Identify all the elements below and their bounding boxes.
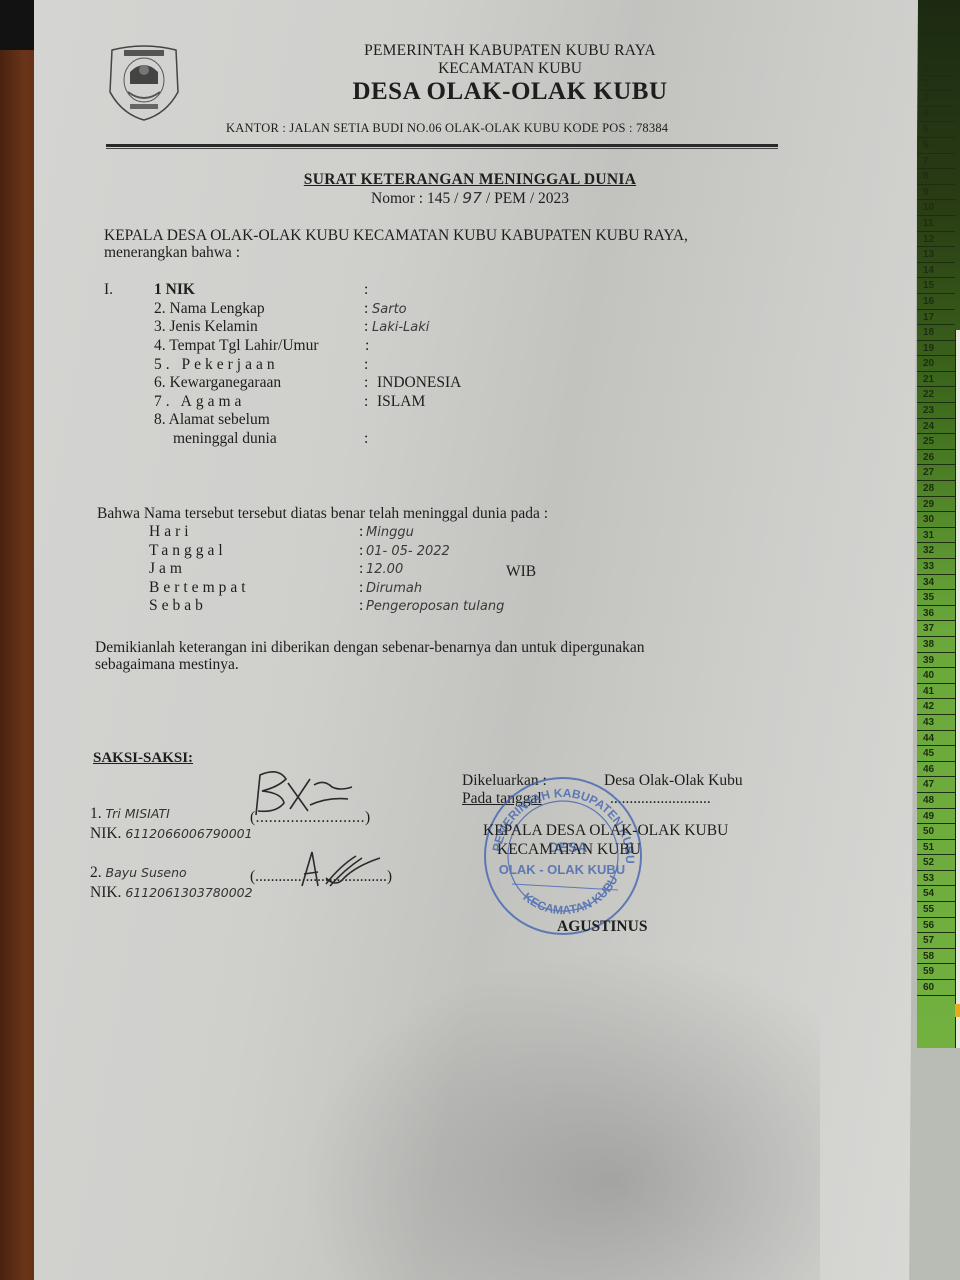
field-colon: : — [364, 300, 368, 318]
official-name: AGUSTINUS — [557, 918, 647, 936]
document-number-prefix: Nomor : 145 / — [371, 190, 458, 207]
nik-label: NIK. — [90, 884, 121, 901]
field-colon: : — [359, 542, 363, 560]
field-label: 2. Nama Lengkap — [154, 300, 265, 318]
letterhead-rule-thin — [106, 148, 778, 149]
witness-2-name: 2. Bayu Suseno — [90, 864, 187, 882]
stamp-bottom-text: KECAMATAN KUBU — [520, 873, 620, 917]
witnesses-heading: SAKSI-SAKSI: — [93, 750, 193, 767]
letterhead-district: KECAMATAN KUBU — [190, 60, 830, 78]
stamp-center-2: OLAK - OLAK KUBU — [499, 862, 625, 877]
field-label: 1 NIK — [154, 281, 195, 299]
witness-name: Tri MISIATI — [106, 806, 170, 821]
field-label: Sebab — [149, 597, 207, 615]
document-number-suffix: / PEM / 2023 — [486, 190, 569, 207]
field-value: 12.00 — [366, 562, 403, 577]
field-colon: : — [359, 597, 363, 615]
death-intro: Bahwa Nama tersebut tersebut diatas bena… — [97, 505, 548, 523]
field-label: 8. Alamat sebelum — [154, 411, 270, 429]
witness-number: 2. — [90, 864, 102, 881]
letterhead-village: DESA OLAK-OLAK KUBU — [190, 78, 830, 106]
field-value: ISLAM — [377, 393, 425, 411]
nik-value: 6112061303780002 — [125, 885, 252, 900]
witness-1-name: 1. Tri MISIATI — [90, 805, 170, 823]
field-label: Jam — [149, 560, 186, 578]
field-value: INDONESIA — [377, 374, 461, 392]
witness-number: 1. — [90, 805, 102, 822]
field-colon: : — [365, 337, 369, 355]
field-value: Dirumah — [366, 581, 422, 596]
field-colon: : — [364, 356, 368, 374]
witness-name: Bayu Suseno — [106, 865, 187, 880]
regency-crest-icon — [106, 42, 182, 122]
closing-line-2: sebagaimana mestinya. — [95, 656, 239, 674]
section-number: I. — [104, 281, 113, 299]
field-colon: : — [359, 523, 363, 541]
field-label: Hari — [149, 523, 193, 541]
field-colon: : — [364, 374, 368, 392]
intro-line-2: menerangkan bahwa : — [104, 244, 240, 262]
letterhead-government: PEMERINTAH KABUPATEN KUBU RAYA — [190, 42, 830, 60]
field-colon: : — [364, 281, 368, 299]
field-value: Minggu — [366, 525, 414, 540]
field-label: 7. Agama — [154, 393, 245, 411]
field-colon: : — [364, 430, 368, 448]
letterhead-rule — [106, 144, 778, 147]
witness-1-signature-icon — [248, 765, 358, 825]
intro-line-1: KEPALA DESA OLAK-OLAK KUBU KECAMATAN KUB… — [104, 227, 688, 245]
official-title-2: KECAMATAN KUBU — [497, 841, 641, 859]
field-label: meninggal dunia — [173, 430, 277, 448]
nik-label: NIK. — [90, 825, 121, 842]
field-colon: : — [359, 579, 363, 597]
field-label: 4. Tempat Tgl Lahir/Umur — [154, 337, 319, 355]
official-title-1: KEPALA DESA OLAK-OLAK KUBU — [483, 822, 728, 840]
field-value: Pengeroposan tulang — [366, 599, 504, 614]
document-number-handwritten: 97 — [462, 189, 482, 207]
field-value: Laki-Laki — [372, 320, 429, 335]
field-label: Bertempat — [149, 579, 250, 597]
letterhead-address: KANTOR : JALAN SETIA BUDI NO.06 OLAK-OLA… — [226, 121, 668, 136]
field-colon: : — [359, 560, 363, 578]
svg-text:KECAMATAN KUBU: KECAMATAN KUBU — [520, 873, 620, 917]
document: PEMERINTAH KABUPATEN KUBU RAYA KECAMATAN… — [0, 0, 960, 1280]
field-value: 01- 05- 2022 — [366, 544, 450, 559]
witness-2-nik: NIK. 6112061303780002 — [90, 884, 253, 902]
field-colon: : — [364, 393, 368, 411]
field-label: Tanggal — [149, 542, 227, 560]
witness-1-nik: NIK. 6112066006790001 — [90, 825, 253, 843]
field-value: Sarto — [372, 302, 407, 317]
document-number: Nomor : 145 / 97 / PEM / 2023 — [200, 189, 740, 208]
document-title: SURAT KETERANGAN MENINGGAL DUNIA — [200, 171, 740, 189]
field-colon: : — [364, 318, 368, 336]
field-label: 6. Kewarganegaraan — [154, 374, 281, 392]
field-label: 5. Pekerjaan — [154, 356, 279, 374]
closing-line-1: Demikianlah keterangan ini diberikan den… — [95, 639, 644, 657]
witness-2-signature-icon — [296, 848, 386, 890]
time-zone: WIB — [506, 563, 536, 581]
nik-value: 6112066006790001 — [125, 826, 252, 841]
field-label: 3. Jenis Kelamin — [154, 318, 258, 336]
